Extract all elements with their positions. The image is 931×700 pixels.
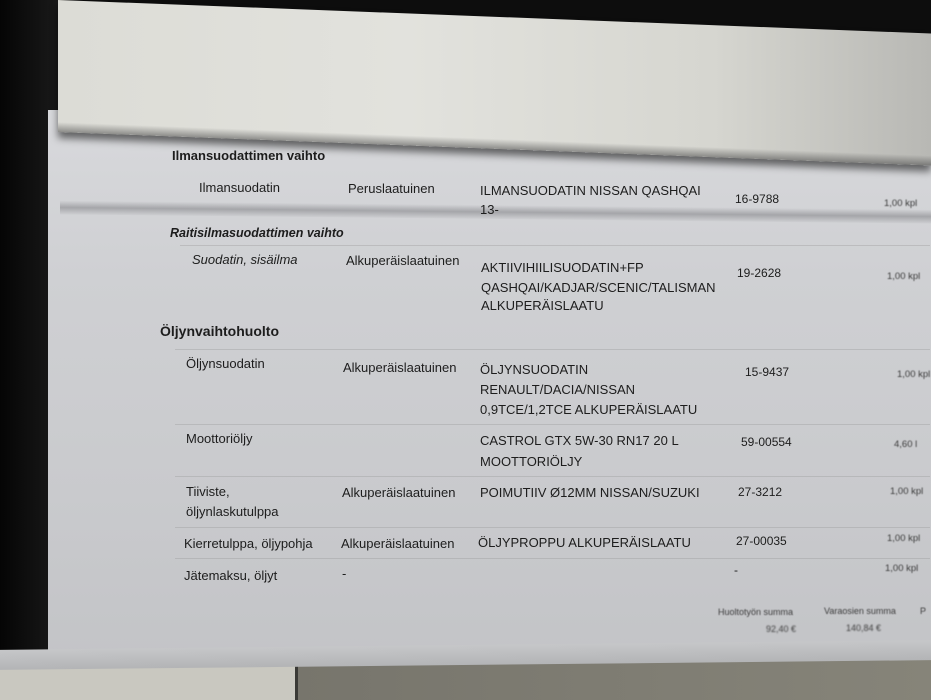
row-quality: Alkuperäislaatuinen (346, 253, 459, 268)
row-description-line: POIMUTIIV Ø12MM NISSAN/SUZUKI (480, 485, 700, 500)
row-description-line: ILMANSUODATIN NISSAN QASHQAI (480, 183, 701, 198)
row-quantity: 4,60 l (894, 439, 917, 450)
row-description-line: 0,9TCE/1,2TCE ALKUPERÄISLAATU (480, 402, 697, 417)
row-quantity: 1,00 kpl (885, 563, 918, 574)
row-quantity: 1,00 kpl (884, 198, 917, 209)
labor-sum-label: Huoltotyön summa (718, 607, 793, 617)
row-quantity: 1,00 kpl (887, 533, 920, 544)
row-code: 19-2628 (737, 266, 781, 280)
row-code: - (734, 563, 738, 577)
row-divider (175, 476, 930, 477)
row-description-line: QASHQAI/KADJAR/SCENIC/TALISMAN (481, 280, 716, 295)
row-item: Ilmansuodatin (199, 180, 280, 195)
row-divider (175, 424, 930, 425)
labor-sum-value: 92,40 € (766, 624, 796, 634)
row-quantity: 1,00 kpl (890, 486, 923, 497)
row-code: 27-3212 (738, 485, 782, 499)
third-sum-label: P (920, 606, 926, 616)
row-code: 59-00554 (741, 435, 792, 449)
row-description-line: AKTIIVIHIILISUODATIN+FP (481, 260, 644, 275)
row-item: Suodatin, sisäilma (192, 252, 298, 267)
row-item: Jätemaksu, öljyt (184, 568, 277, 583)
row-description-line: MOOTTORIÖLJY (480, 454, 582, 469)
row-description-line: RENAULT/DACIA/NISSAN (480, 382, 635, 397)
row-quality: Alkuperäislaatuinen (343, 360, 456, 375)
row-description-line: CASTROL GTX 5W-30 RN17 20 L (480, 433, 679, 448)
row-divider (175, 349, 930, 350)
row-item: öljynlaskutulppa (186, 504, 279, 519)
row-quality: Alkuperäislaatuinen (341, 536, 454, 551)
row-item: Kierretulppa, öljypohja (184, 536, 313, 551)
row-description-line: 13- (480, 202, 499, 217)
row-code: 16-9788 (735, 192, 779, 206)
row-description-line: ALKUPERÄISLAATU (481, 298, 604, 313)
row-quality: - (342, 566, 346, 581)
row-quality: Alkuperäislaatuinen (342, 485, 455, 500)
row-quantity: 1,00 kpl (897, 369, 930, 380)
row-divider (175, 558, 930, 559)
row-code: 15-9437 (745, 365, 789, 379)
row-quality: Peruslaatuinen (348, 181, 435, 196)
row-description-line: ÖLJYPROPPU ALKUPERÄISLAATU (478, 535, 691, 550)
row-description-line: ÖLJYNSUODATIN (480, 362, 588, 377)
row-item: Öljynsuodatin (186, 356, 265, 371)
section-title-oil-change: Öljynvaihtohuolto (160, 323, 279, 339)
row-item: Moottoriöljy (186, 431, 252, 446)
parts-sum-label: Varaosien summa (824, 606, 896, 616)
section-title-cabin-filter: Raitisilmasuodattimen vaihto (170, 226, 344, 240)
section-title-air-filter: Ilmansuodattimen vaihto (172, 148, 325, 163)
row-quantity: 1,00 kpl (887, 271, 920, 282)
row-code: 27-00035 (736, 534, 787, 548)
row-item: Tiiviste, (186, 484, 230, 499)
row-divider (175, 527, 930, 528)
parts-sum-value: 140,84 € (846, 623, 881, 633)
row-divider (180, 245, 930, 246)
